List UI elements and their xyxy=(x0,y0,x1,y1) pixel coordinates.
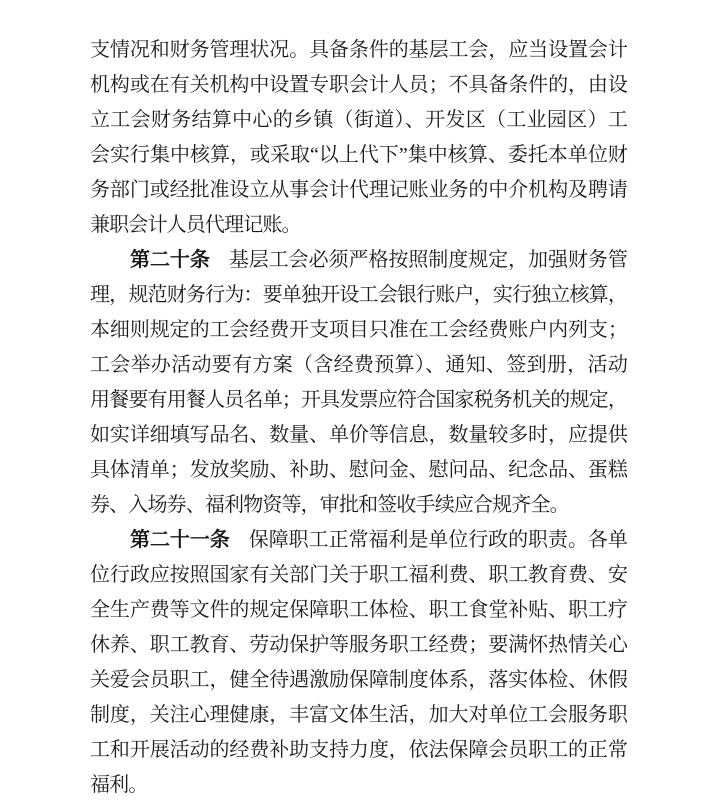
text-line: 制度，关注心理健康，丰富文体生活，加大对单位工会服务职 xyxy=(90,698,627,733)
line-text: 机构或在有关机构中设置专职会计人员；不具备条件的，由设 xyxy=(90,74,627,96)
line-text: 制度，关注心理健康，丰富文体生活，加大对单位工会服务职 xyxy=(90,704,627,726)
line-text: 支情况和财务管理状况。具备条件的基层工会，应当设置会计 xyxy=(90,39,627,61)
text-line: 关爱会员职工，健全待遇激励保障制度体系，落实体检、休假 xyxy=(90,663,627,698)
text-line: 工会举办活动要有方案（含经费预算）、通知、签到册，活动 xyxy=(90,348,627,383)
text-line: 用餐要有用餐人员名单；开具发票应符合国家税务机关的规定， xyxy=(90,383,627,418)
line-text: 本细则规定的工会经费开支项目只准在工会经费账户内列支； xyxy=(90,319,627,341)
line-text: 全生产费等文件的规定保障职工体检、职工食堂补贴、职工疗 xyxy=(90,599,627,621)
line-text: 兼职会计人员代理记账。 xyxy=(90,214,301,236)
line-text: 具体清单；发放奖励、补助、慰问金、慰问品、纪念品、蛋糕 xyxy=(90,459,627,481)
text-line: 立工会财务结算中心的乡镇（街道）、开发区（工业园区）工 xyxy=(90,103,627,138)
text-line: 理，规范财务行为：要单独开设工会银行账户，实行独立核算， xyxy=(90,278,627,313)
line-text: 保障职工正常福利是单位行政的职责。各单 xyxy=(249,529,627,551)
line-text: 会实行集中核算，或采取“以上代下”集中核算、委托本单位财 xyxy=(90,144,627,166)
text-line: 券、入场券、福利物资等，审批和签收手续应合规齐全。 xyxy=(90,488,627,523)
text-line: 务部门或经批准设立从事会计代理记账业务的中介机构及聘请 xyxy=(90,173,627,208)
text-line: 如实详细填写品名、数量、单价等信息，数量较多时，应提供 xyxy=(90,418,627,453)
line-text: 关爱会员职工，健全待遇激励保障制度体系，落实体检、休假 xyxy=(90,669,627,691)
text-line: 第二十条基层工会必须严格按照制度规定，加强财务管 xyxy=(90,243,627,278)
line-text: 如实详细填写品名、数量、单价等信息，数量较多时，应提供 xyxy=(90,424,627,446)
line-text: 立工会财务结算中心的乡镇（街道）、开发区（工业园区）工 xyxy=(90,109,627,131)
line-text: 休养、职工教育、劳动保护等服务职工经费；要满怀热情关心 xyxy=(90,634,627,656)
text-line: 休养、职工教育、劳动保护等服务职工经费；要满怀热情关心 xyxy=(90,628,627,663)
text-line: 具体清单；发放奖励、补助、慰问金、慰问品、纪念品、蛋糕 xyxy=(90,453,627,488)
text-line: 全生产费等文件的规定保障职工体检、职工食堂补贴、职工疗 xyxy=(90,593,627,628)
text-line: 机构或在有关机构中设置专职会计人员；不具备条件的，由设 xyxy=(90,68,627,103)
text-line: 位行政应按照国家有关部门关于职工福利费、职工教育费、安 xyxy=(90,558,627,593)
text-line: 支情况和财务管理状况。具备条件的基层工会，应当设置会计 xyxy=(90,33,627,68)
text-line: 工和开展活动的经费补助支持力度，依法保障会员职工的正常 xyxy=(90,733,627,768)
text-line: 第二十一条保障职工正常福利是单位行政的职责。各单 xyxy=(90,523,627,558)
line-text: 理，规范财务行为：要单独开设工会银行账户，实行独立核算， xyxy=(90,284,627,306)
line-text: 用餐要有用餐人员名单；开具发票应符合国家税务机关的规定， xyxy=(90,389,627,411)
text-line: 会实行集中核算，或采取“以上代下”集中核算、委托本单位财 xyxy=(90,138,627,173)
line-text: 券、入场券、福利物资等，审批和签收手续应合规齐全。 xyxy=(90,494,569,516)
article-number-heading: 第二十条 xyxy=(130,249,210,271)
line-text: 福利。 xyxy=(90,774,147,796)
text-line: 福利。 xyxy=(90,768,627,800)
line-text: 位行政应按照国家有关部门关于职工福利费、职工教育费、安 xyxy=(90,564,627,586)
text-line: 兼职会计人员代理记账。 xyxy=(90,208,627,243)
document-page: 支情况和财务管理状况。具备条件的基层工会，应当设置会计机构或在有关机构中设置专职… xyxy=(0,0,711,800)
article-number-heading: 第二十一条 xyxy=(130,529,230,551)
text-line: 本细则规定的工会经费开支项目只准在工会经费账户内列支； xyxy=(90,313,627,348)
line-text: 务部门或经批准设立从事会计代理记账业务的中介机构及聘请 xyxy=(90,179,627,201)
line-text: 基层工会必须严格按照制度规定，加强财务管 xyxy=(229,249,627,271)
line-text: 工和开展活动的经费补助支持力度，依法保障会员职工的正常 xyxy=(90,739,627,761)
line-text: 工会举办活动要有方案（含经费预算）、通知、签到册，活动 xyxy=(90,354,627,376)
